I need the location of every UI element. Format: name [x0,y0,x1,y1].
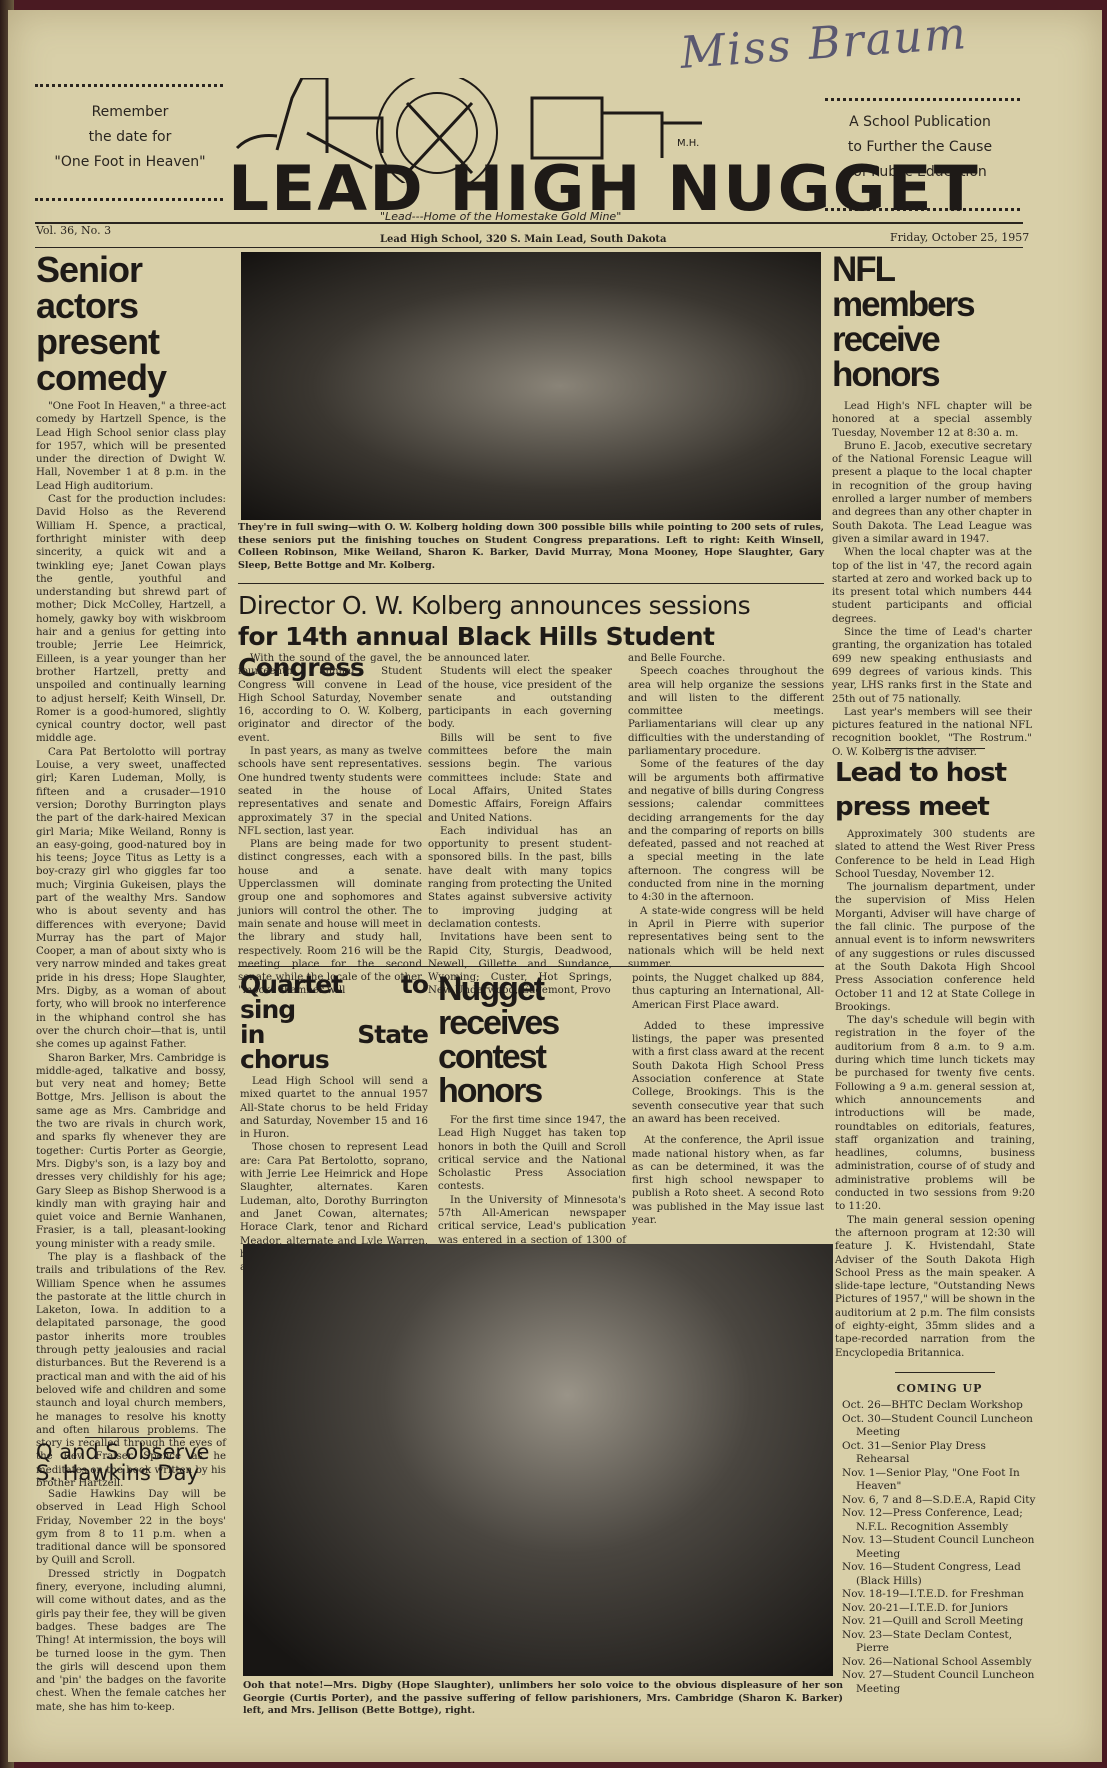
paragraph: A state-wide congress will be held in Ap… [628,905,824,971]
ear-divider [35,84,223,87]
calendar-item: Nov. 26—National School Assembly [842,1656,1037,1670]
issue-date: Friday, October 25, 1957 [890,231,1029,244]
calendar-item: Nov. 20-21—I.T.E.D. for Juniors [842,1602,1037,1616]
paragraph: points, the Nugget chalked up 884, thus … [632,972,824,1012]
calendar-item: Nov. 18-19—I.T.E.D. for Freshman [842,1588,1037,1602]
article-sadie-hawkins: Q and S observe S. Hawkins Day Sadie Haw… [36,1442,226,1714]
volume-number: Vol. 36, No. 3 [36,224,111,237]
student-congress-photo [241,252,821,520]
calendar-item: Nov. 12—Press Conference, Lead; N.F.L. R… [842,1507,1037,1534]
headline-line: S. Hawkins Day [36,1463,226,1484]
calendar-item: Nov. 23—State Declam Contest, Pierre [842,1629,1037,1656]
paragraph: Dressed strictly in Dogpatch finery, eve… [36,1568,226,1714]
paragraph: In past years, as many as twelve schools… [238,745,422,838]
headline: Nugget receives contest honors [438,972,626,1108]
paragraph: Students will elect the speaker of the h… [428,665,612,731]
paragraph: Added to these impressive listings, the … [632,1020,824,1126]
paragraph: The journalism department, under the sup… [835,881,1035,1014]
divider [895,1372,995,1373]
article-nfl: NFL members receive honors Lead High's N… [832,252,1032,759]
divider [885,748,985,749]
calendar-item: Oct. 30—Student Council Luncheon Meeting [842,1413,1037,1440]
headline: Lead to host press meet [835,756,1035,824]
headline-line: press meet [835,790,1035,824]
paragraph: Sadie Hawkins Day will be observed in Le… [36,1488,226,1568]
paragraph: and Belle Fourche. [628,652,824,665]
headline: Quartet to sing in State chorus [240,972,428,1072]
left-ear-line: "One Foot in Heaven" [40,150,220,175]
paragraph: "One Foot In Heaven," a three-act comedy… [36,400,226,493]
calendar-item: Nov. 1—Senior Play, "One Foot In Heaven" [842,1467,1037,1494]
photo-caption: They're in full swing—with O. W. Kolberg… [238,522,824,572]
paragraph: Lead High's NFL chapter will be honored … [832,400,1032,440]
headline-line: NFL members [832,252,1032,322]
paragraph: At the conference, the April issue made … [632,1134,824,1227]
left-ear-line: Remember [40,100,220,125]
paragraph: Bruno E. Jacob, executive secretary of t… [832,440,1032,546]
paragraph: Each individual has an opportunity to pr… [428,825,612,931]
article-nugget-honors: Nugget receives contest honors For the f… [438,972,626,1287]
congress-column-2: be announced later. Students will elect … [428,652,612,998]
right-ear-line: A School Publication [825,110,1015,135]
paragraph: Last year's members will see their pictu… [832,706,1032,759]
calendar-item: Oct. 26—BHTC Declam Workshop [842,1399,1037,1413]
headline: NFL members receive honors [832,252,1032,392]
masthead-rule [35,222,1023,224]
congress-column-1: With the sound of the gavel, the fourtee… [238,652,422,998]
paragraph: Cara Pat Bertolotto will portray Louise,… [36,746,226,1052]
article-senior-actors: Senior actors present comedy "One Foot I… [36,252,226,1490]
calendar-item: Nov. 27—Student Council Luncheon Meeting [842,1669,1037,1696]
headline-line: Quartet to sing [240,972,428,1022]
ear-divider [825,98,1020,101]
headline: Senior actors present comedy [36,252,226,396]
paragraph: Bills will be sent to five committees be… [428,732,612,825]
paragraph: Cast for the production includes: David … [36,493,226,746]
paragraph: For the first time since 1947, the Lead … [438,1114,626,1194]
nugget-honors-column-2: points, the Nugget chalked up 884, thus … [632,972,824,1227]
paragraph: With the sound of the gavel, the fourtee… [238,652,422,745]
coming-up-calendar: COMING UP Oct. 26—BHTC Declam Workshop O… [842,1376,1037,1696]
calendar-item: Nov. 6, 7 and 8—S.D.E.A, Rapid City [842,1494,1037,1508]
school-address: Lead High School, 320 S. Main Lead, Sout… [380,234,667,245]
paragraph: The main general session opening the aft… [835,1214,1035,1360]
divider [238,583,824,584]
headline: Q and S observe S. Hawkins Day [36,1442,226,1484]
paragraph: be announced later. [428,652,612,665]
paragraph: Lead High School will send a mixed quart… [240,1075,428,1141]
paragraph: Approximately 300 students are slated to… [835,828,1035,881]
headline-line: Nugget receives [438,972,626,1040]
paragraph: Speech coaches throughout the area will … [628,665,824,758]
calendar-item: Nov. 21—Quill and Scroll Meeting [842,1615,1037,1629]
headline-line: receive honors [832,322,1032,392]
headline-line: Senior actors [36,252,226,324]
calendar-item: Nov. 16—Student Congress, Lead (Black Hi… [842,1561,1037,1588]
calendar-item: Oct. 31—Senior Play Dress Rehearsal [842,1440,1037,1467]
ear-divider [35,198,223,201]
divider [85,1437,185,1438]
left-ear: Remember the date for "One Foot in Heave… [40,100,220,175]
paragraph: The day's schedule will begin with regis… [835,1014,1035,1213]
calendar-title: COMING UP [842,1382,1037,1395]
headline-line: contest honors [438,1040,626,1108]
paragraph: When the local chapter was at the top of… [832,546,1032,626]
masthead-rule [35,247,1023,248]
calendar-item: Nov. 13—Student Council Luncheon Meeting [842,1534,1037,1561]
divider [238,966,824,967]
senior-play-photo [243,1244,833,1676]
article-press-meet: Lead to host press meet Approximately 30… [835,756,1035,1360]
paragraph: Sharon Barker, Mrs. Cambridge is middle-… [36,1052,226,1251]
headline-line: in State chorus [240,1022,428,1072]
paragraph: Since the time of Lead's charter grantin… [832,626,1032,706]
photo-caption: Ooh that note!—Mrs. Digby (Hope Slaughte… [243,1680,843,1718]
art-initials: M.H. [677,138,699,149]
headline-line: present comedy [36,324,226,396]
paragraph: Some of the features of the day will be … [628,758,824,904]
article-quartet: Quartet to sing in State chorus Lead Hig… [240,972,428,1274]
left-ear-line: the date for [40,125,220,150]
headline-line: Lead to host [835,756,1035,790]
congress-column-3: and Belle Fourche. Speech coaches throug… [628,652,824,971]
headline-line: Director O. W. Kolberg announces session… [238,590,828,621]
headline-line: Q and S observe [36,1442,226,1463]
